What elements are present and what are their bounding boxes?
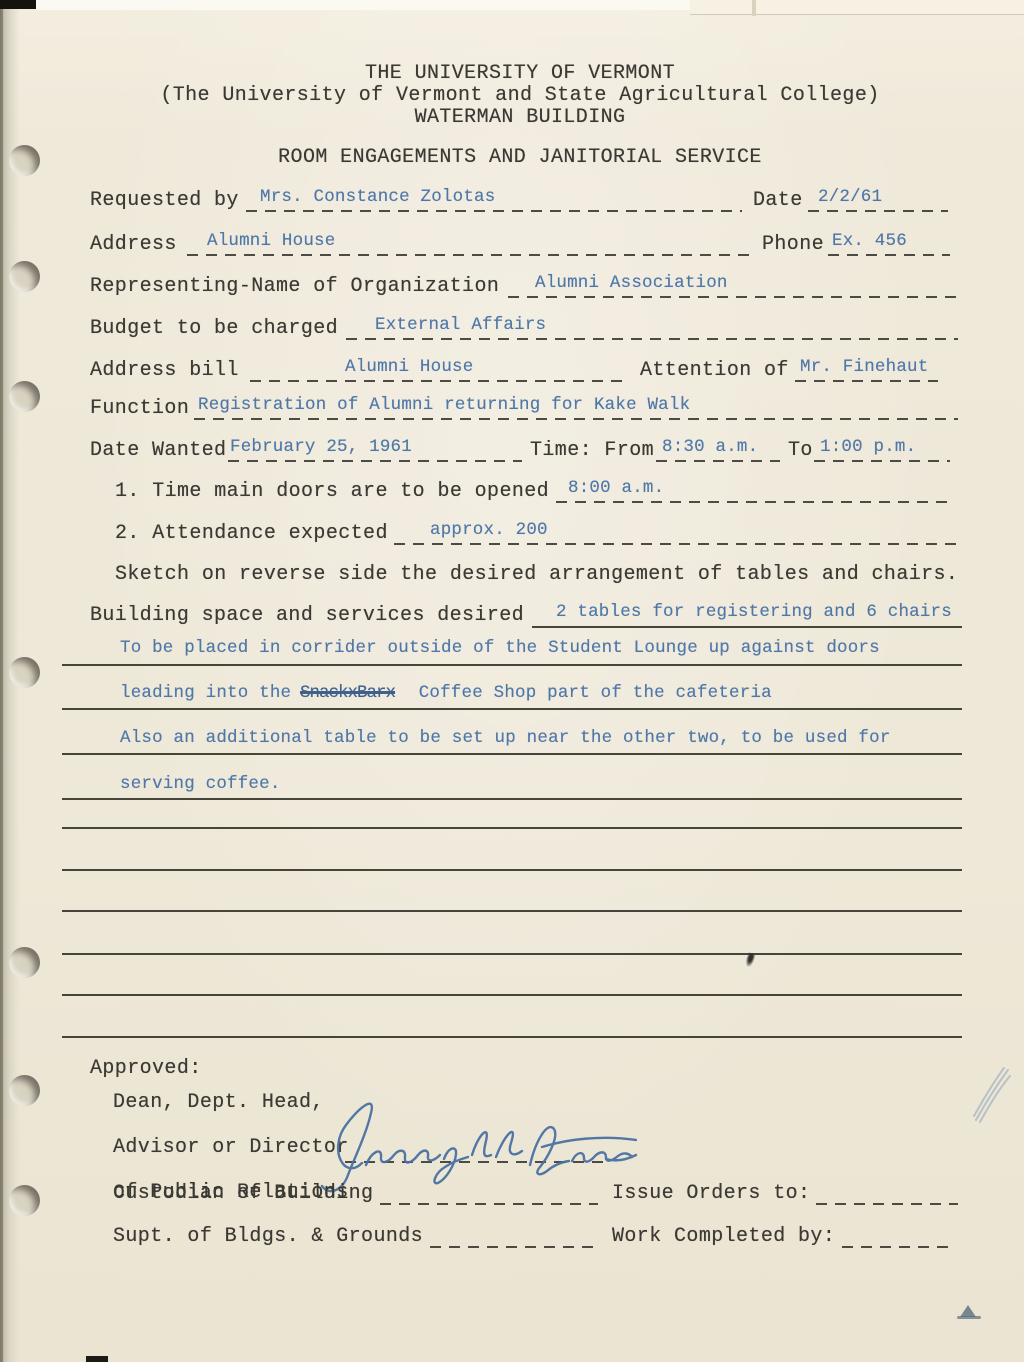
time-from-label: Time: From — [530, 439, 654, 462]
org-subtitle: (The University of Vermont and State Agr… — [60, 84, 980, 107]
services-note-line4: serving coffee. — [120, 774, 281, 794]
fill-dashes — [808, 210, 948, 212]
binder-hole — [9, 145, 40, 176]
fill-dashes — [394, 543, 958, 545]
building-space-value: 2 tables for registering and 6 chairs — [556, 602, 952, 622]
time-to-value: 1:00 p.m. — [820, 437, 916, 457]
field-row-address-bill: Address bill Alumni House Attention of M… — [0, 354, 1024, 384]
approved-label: Approved: — [90, 1057, 202, 1080]
time-to-label: To — [788, 439, 813, 462]
scan-background-corner — [0, 0, 36, 9]
field-row-attendance: 2. Attendance expected approx. 200 — [0, 517, 1024, 547]
solid-fill-line — [532, 626, 962, 628]
scanned-form-page: THE UNIVERSITY OF VERMONT (The Universit… — [0, 0, 1024, 1362]
time-from-value: 8:30 a.m. — [662, 437, 758, 457]
blank-ruled-line — [62, 1036, 962, 1038]
fill-dashes — [194, 418, 958, 420]
doors-opened-label: 1. Time main doors are to be opened — [115, 480, 549, 503]
fill-dashes — [508, 296, 958, 298]
fill-dashes — [814, 460, 950, 462]
fill-dashes — [828, 254, 950, 256]
org-title: THE UNIVERSITY OF VERMONT — [60, 62, 980, 85]
function-label: Function — [90, 397, 189, 420]
date-wanted-label: Date Wanted — [90, 439, 226, 462]
fill-dashes — [187, 254, 752, 256]
address-label: Address — [90, 233, 177, 256]
fill-dashes — [246, 210, 742, 212]
binder-hole — [9, 947, 40, 978]
fill-dashes — [656, 460, 780, 462]
fill-dashes — [842, 1246, 952, 1248]
budget-value: External Affairs — [375, 315, 546, 335]
requested-by-value: Mrs. Constance Zolotas — [260, 187, 495, 207]
attendance-label: 2. Attendance expected — [115, 522, 388, 545]
field-row-doors-opened: 1. Time main doors are to be opened 8:00… — [0, 475, 1024, 505]
blank-ruled-line — [62, 994, 962, 996]
blank-ruled-line — [62, 910, 962, 912]
ruled-line — [62, 798, 962, 800]
sketch-note: Sketch on reverse side the desired arran… — [115, 563, 958, 586]
field-row-custodian: Custodian of Building Issue Orders to: — [0, 1177, 1024, 1207]
blank-ruled-line — [62, 827, 962, 829]
dean-line2: Advisor or Director — [113, 1136, 349, 1159]
fill-dashes — [228, 460, 522, 462]
ruled-line — [62, 664, 962, 666]
phone-value: Ex. 456 — [832, 231, 907, 251]
function-value: Registration of Alumni returning for Kak… — [198, 395, 690, 415]
services-note-line1: To be placed in corrider outside of the … — [120, 638, 880, 658]
pencil-scribble — [968, 1058, 1016, 1128]
field-row-address: Address Alumni House Phone Ex. 456 — [0, 228, 1024, 258]
scan-bottom-mark — [86, 1356, 108, 1362]
blank-ruled-line — [62, 953, 962, 955]
custodian-label: Custodian of Building — [113, 1182, 373, 1205]
supt-label: Supt. of Bldgs. & Grounds — [113, 1225, 423, 1248]
fill-dashes — [380, 1203, 598, 1205]
underlying-sheet-edge — [690, 0, 1024, 15]
attention-of-value: Mr. Finehaut — [800, 357, 928, 377]
address-bill-value: Alumni House — [345, 357, 473, 377]
field-row-requested-by: Requested by Mrs. Constance Zolotas Date… — [0, 184, 1024, 214]
date-value: 2/2/61 — [818, 187, 882, 207]
date-label: Date — [753, 189, 803, 212]
building-space-label: Building space and services desired — [90, 604, 524, 627]
attention-of-label: Attention of — [640, 359, 789, 382]
field-row-building-space: Building space and services desired 2 ta… — [0, 599, 1024, 629]
field-row-function: Function Registration of Alumni returnin… — [0, 392, 1024, 422]
field-row-budget: Budget to be charged External Affairs — [0, 312, 1024, 342]
services-note-line2-post: Coffee Shop part of the cafeteria — [408, 683, 772, 703]
ruled-line — [62, 753, 962, 755]
binder-hole — [9, 657, 40, 688]
issue-orders-label: Issue Orders to: — [612, 1182, 810, 1205]
field-row-date-wanted: Date Wanted February 25, 1961 Time: From… — [0, 434, 1024, 464]
requested-by-label: Requested by — [90, 189, 239, 212]
field-row-supt: Supt. of Bldgs. & Grounds Work Completed… — [0, 1220, 1024, 1250]
fill-dashes — [346, 338, 958, 340]
sheet-corner-crease — [752, 0, 756, 16]
field-row-representing: Representing-Name of Organization Alumni… — [0, 270, 1024, 300]
services-note-struck-word: SnackxBarx — [300, 683, 395, 703]
page-top-edge — [36, 0, 752, 10]
ink-smudge-base — [957, 1316, 981, 1319]
date-wanted-value: February 25, 1961 — [230, 437, 412, 457]
form-title: ROOM ENGAGEMENTS AND JANITORIAL SERVICE — [60, 146, 980, 169]
address-value: Alumni House — [207, 231, 335, 251]
fill-dashes — [430, 1246, 598, 1248]
services-note-line2-pre: leading into the — [120, 683, 291, 703]
representing-value: Alumni Association — [535, 273, 728, 293]
representing-label: Representing-Name of Organization — [90, 275, 499, 298]
work-completed-label: Work Completed by: — [612, 1225, 835, 1248]
services-note-line3: Also an additional table to be set up ne… — [120, 728, 891, 748]
fill-dashes — [816, 1203, 958, 1205]
ruled-line — [62, 708, 962, 710]
approved-row: Approved: — [0, 1052, 1024, 1082]
fill-dashes — [795, 380, 938, 382]
budget-label: Budget to be charged — [90, 317, 338, 340]
sketch-note-row: Sketch on reverse side the desired arran… — [0, 558, 1024, 588]
attendance-value: approx. 200 — [430, 520, 548, 540]
fill-dashes — [250, 380, 625, 382]
dean-line1: Dean, Dept. Head, — [113, 1091, 324, 1114]
doors-opened-value: 8:00 a.m. — [568, 478, 664, 498]
phone-label: Phone — [762, 233, 824, 256]
blank-ruled-line — [62, 869, 962, 871]
address-bill-label: Address bill — [90, 359, 239, 382]
building-title: WATERMAN BUILDING — [60, 106, 980, 129]
fill-dashes — [556, 501, 955, 503]
